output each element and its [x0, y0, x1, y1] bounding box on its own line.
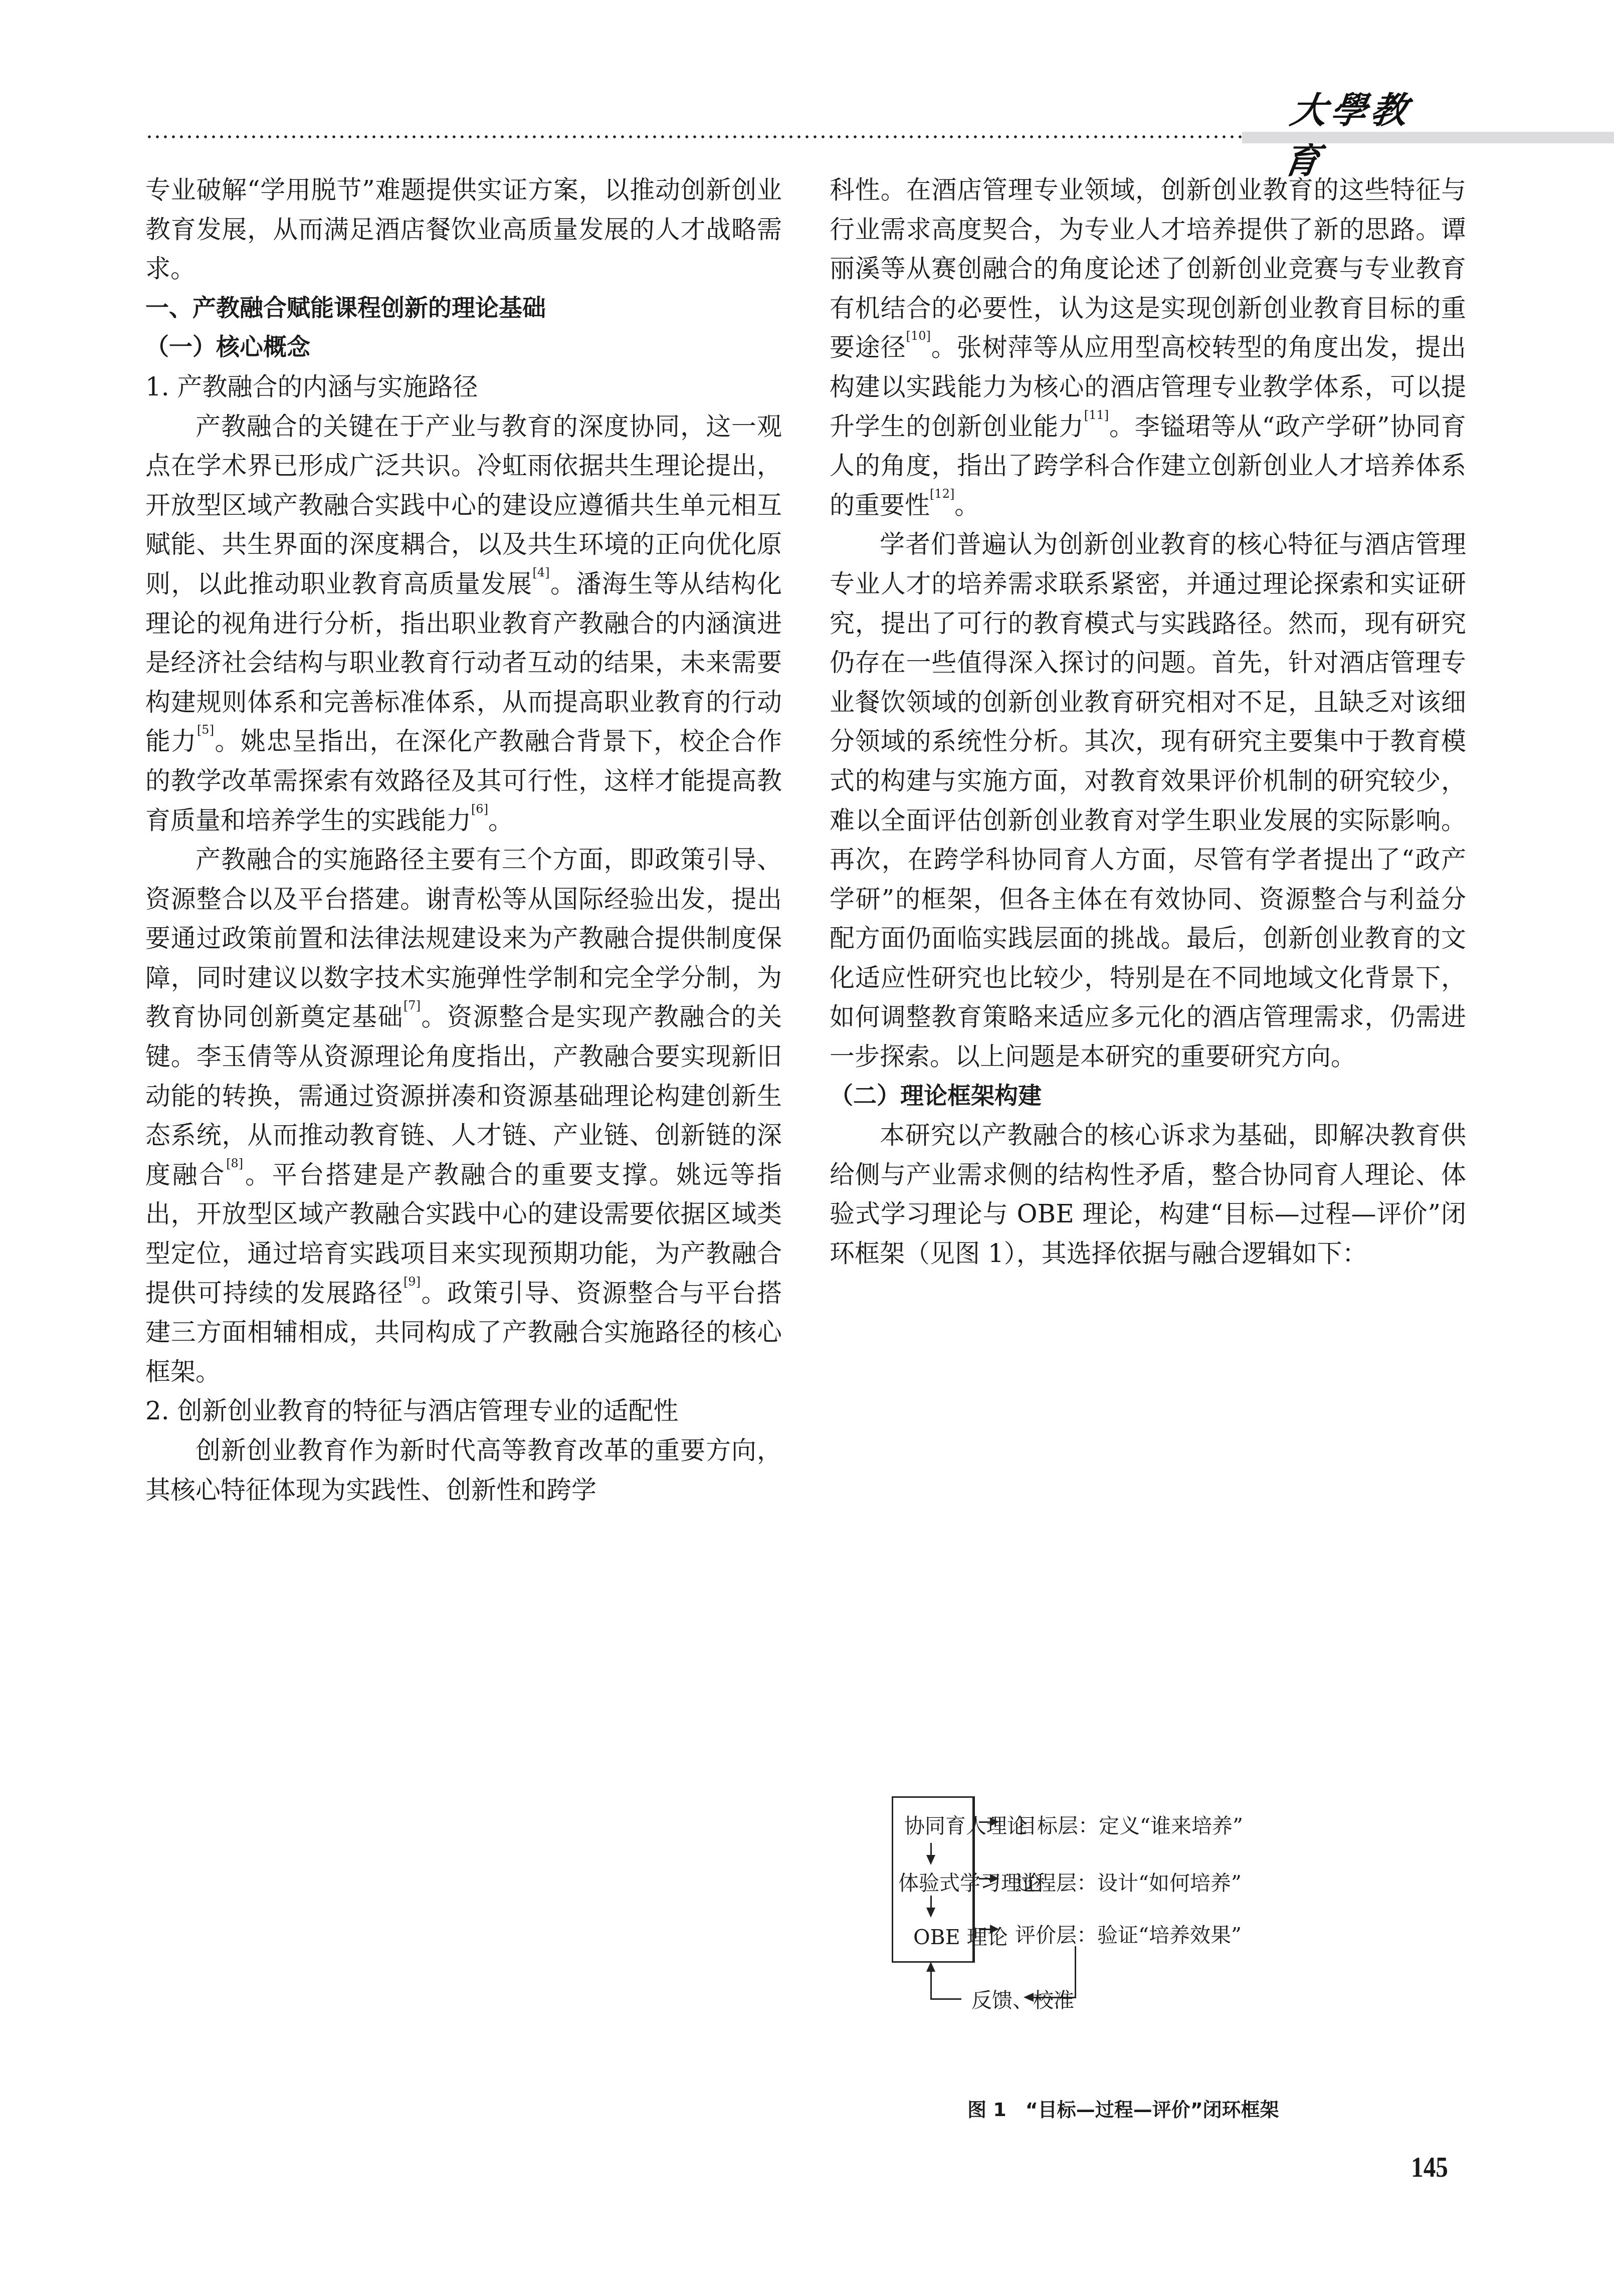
- citation-ref: [6]: [471, 802, 488, 816]
- right-arrow-icon: [979, 1878, 997, 1880]
- subsection-heading: （一）核心概念: [145, 328, 782, 367]
- body-paragraph: 产教融合的关键在于产业与教育的深度协同，这一观点在学术界已形成广泛共识。冷虹雨依…: [145, 407, 782, 841]
- layer-process: 过程层：设计“如何培养”: [1015, 1866, 1242, 1896]
- feedback-line-left: [930, 1998, 961, 2000]
- header-dotted-rule: [145, 135, 1253, 138]
- right-column: 科性。在酒店管理专业领域，创新创业教育的这些特征与行业需求高度契合，为专业人才培…: [830, 170, 1466, 1274]
- citation-ref: [12]: [930, 487, 954, 501]
- sub-subsection-heading: 2. 创新创业教育的特征与酒店管理专业的适配性: [145, 1391, 782, 1431]
- feedback-label: 反馈、校准: [971, 1984, 1074, 2013]
- subsection-heading: （二）理论框架构建: [830, 1077, 1466, 1116]
- feedback-arrow-up-icon: [930, 1971, 932, 2000]
- citation-ref: [11]: [1084, 408, 1109, 422]
- right-arrow-icon: [979, 1821, 997, 1823]
- layer-evaluation: 评价层：验证“培养效果”: [1015, 1919, 1242, 1948]
- section-heading: 一、产教融合赋能课程创新的理论基础: [145, 289, 782, 328]
- journal-logo: 大學教育: [1287, 85, 1425, 135]
- page-number: 145: [1411, 2150, 1448, 2184]
- citation-ref: [7]: [403, 998, 421, 1012]
- citation-ref: [8]: [226, 1156, 243, 1170]
- theory-collaborative-education: 协同育人理论: [904, 1809, 1028, 1839]
- feedback-line-down: [1075, 1946, 1076, 1998]
- citation-ref: [10]: [906, 329, 931, 343]
- sub-subsection-heading: 1. 产教融合的内涵与实施路径: [145, 367, 782, 407]
- layer-goal: 目标层：定义“谁来培养”: [1017, 1809, 1243, 1839]
- figure-caption: 图 1 “目标—过程—评价”闭环框架: [967, 2094, 1279, 2122]
- figure-1-closed-loop-diagram: 协同育人理论 体验式学习理论 OBE 理论 目标层：定义“谁来培养” 过程层：设…: [882, 1784, 1459, 2090]
- body-paragraph: 创新创业教育作为新时代高等教育改革的重要方向，其核心特征体现为实践性、创新性和跨…: [145, 1431, 782, 1510]
- right-arrow-icon: [979, 1929, 997, 1930]
- body-paragraph: 产教融合的实施路径主要有三个方面，即政策引导、资源整合以及平台搭建。谢青松等从国…: [145, 840, 782, 1391]
- citation-ref: [4]: [533, 565, 550, 579]
- body-paragraph: 本研究以产教融合的核心诉求为基础，即解决教育供给侧与产业需求侧的结构性矛盾，整合…: [830, 1116, 1466, 1273]
- citation-ref: [5]: [197, 723, 214, 737]
- body-paragraph: 专业破解“学用脱节”难题提供实证方案，以推动创新创业教育发展，从而满足酒店餐饮业…: [145, 170, 782, 289]
- left-column: 专业破解“学用脱节”难题提供实证方案，以推动创新创业教育发展，从而满足酒店餐饮业…: [145, 170, 782, 1510]
- down-arrow-icon: [930, 1843, 932, 1863]
- citation-ref: [9]: [403, 1275, 421, 1289]
- header-gray-bar: [1242, 132, 1614, 143]
- down-arrow-icon: [930, 1896, 932, 1916]
- body-paragraph: 科性。在酒店管理专业领域，创新创业教育的这些特征与行业需求高度契合，为专业人才培…: [830, 170, 1466, 525]
- body-paragraph: 学者们普遍认为创新创业教育的核心特征与酒店管理专业人才的培养需求联系紧密，并通过…: [830, 525, 1466, 1076]
